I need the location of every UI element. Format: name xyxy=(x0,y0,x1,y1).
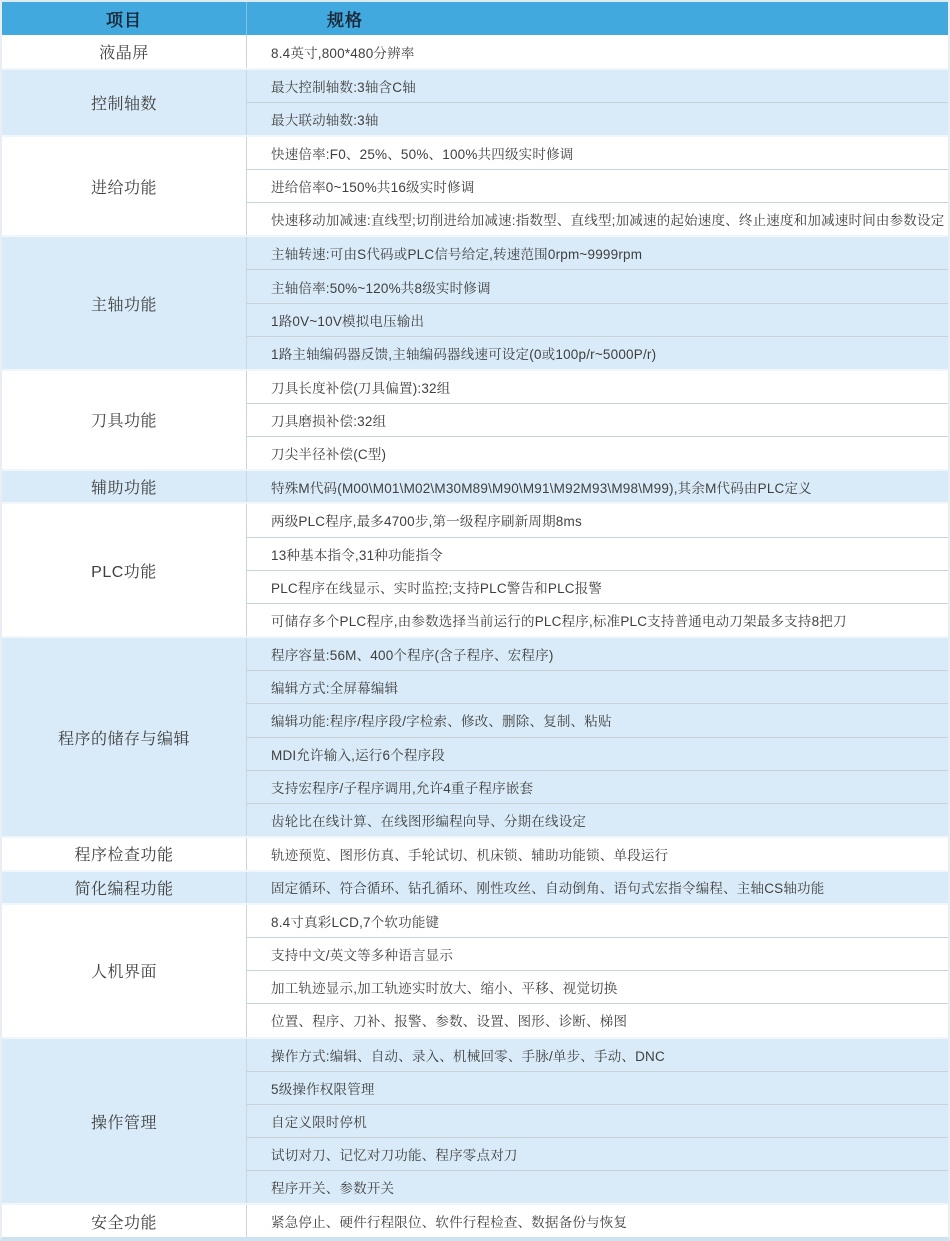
table-row: 简化编程功能固定循环、符合循环、钻孔循环、刚性攻丝、自动倒角、语句式宏指令编程、… xyxy=(2,870,948,903)
spec-cell: 1路0V~10V模拟电压输出 xyxy=(247,303,948,336)
table-row: 辅助功能特殊M代码(M00\M01\M02\M30M89\M90\M91\M92… xyxy=(2,469,948,502)
spec-cell: 最大联动轴数:3轴 xyxy=(247,102,948,135)
spec-cell: 两级PLC程序,最多4700步,第一级程序刷新周期8ms xyxy=(247,504,948,536)
table-row: 刀具功能刀具长度补偿(刀具偏置):32组刀具磨损补偿:32组刀尖半径补偿(C型) xyxy=(2,369,948,469)
spec-cell: 主轴转速:可由S代码或PLC信号给定,转速范围0rpm~9999rpm xyxy=(247,237,948,269)
header-item: 项目 xyxy=(2,2,247,35)
spec-cell: 5级操作权限管理 xyxy=(247,1071,948,1104)
spec-cell: 刀尖半径补偿(C型) xyxy=(247,436,948,469)
table-row: 人机界面8.4寸真彩LCD,7个软功能键支持中文/英文等多种语言显示加工轨迹显示… xyxy=(2,903,948,1037)
spec-cell: 进给倍率0~150%共16级实时修调 xyxy=(247,169,948,202)
spec-cell-group: 紧急停止、硬件行程限位、软件行程检查、数据备份与恢复 xyxy=(247,1205,948,1236)
spec-cell-group: 两级PLC程序,最多4700步,第一级程序刷新周期8ms13种基本指令,31种功… xyxy=(247,504,948,636)
spec-cell: 编辑功能:程序/程序段/字检索、修改、删除、复制、粘贴 xyxy=(247,703,948,736)
item-cell: 主轴功能 xyxy=(2,237,247,369)
spec-cell-group: 操作方式:编辑、自动、录入、机械回零、手脉/单步、手动、DNC5级操作权限管理自… xyxy=(247,1039,948,1204)
spec-cell-group: 刀具长度补偿(刀具偏置):32组刀具磨损补偿:32组刀尖半径补偿(C型) xyxy=(247,371,948,469)
table-row: 安全功能紧急停止、硬件行程限位、软件行程检查、数据备份与恢复 xyxy=(2,1203,948,1236)
spec-cell-group: 主轴转速:可由S代码或PLC信号给定,转速范围0rpm~9999rpm主轴倍率:… xyxy=(247,237,948,369)
spec-cell: 操作方式:编辑、自动、录入、机械回零、手脉/单步、手动、DNC xyxy=(247,1039,948,1071)
spec-cell: MDI允许输入,运行6个程序段 xyxy=(247,737,948,770)
spec-table: 项目 规格 液晶屏8.4英寸,800*480分辨率控制轴数最大控制轴数:3轴含C… xyxy=(0,0,950,1241)
spec-cell: 支持中文/英文等多种语言显示 xyxy=(247,937,948,970)
table-row: 程序检查功能轨迹预览、图形仿真、手轮试切、机床锁、辅助功能锁、单段运行 xyxy=(2,836,948,869)
header-spec: 规格 xyxy=(247,2,948,35)
item-cell: 安全功能 xyxy=(2,1205,247,1236)
spec-cell-group: 轨迹预览、图形仿真、手轮试切、机床锁、辅助功能锁、单段运行 xyxy=(247,838,948,869)
item-cell: 液晶屏 xyxy=(2,35,247,68)
spec-table-body: 液晶屏8.4英寸,800*480分辨率控制轴数最大控制轴数:3轴含C轴最大联动轴… xyxy=(2,35,948,1237)
spec-cell: 快速倍率:F0、25%、50%、100%共四级实时修调 xyxy=(247,137,948,169)
table-row: 操作管理操作方式:编辑、自动、录入、机械回零、手脉/单步、手动、DNC5级操作权… xyxy=(2,1037,948,1204)
spec-cell: 刀具长度补偿(刀具偏置):32组 xyxy=(247,371,948,403)
item-cell: 简化编程功能 xyxy=(2,872,247,903)
spec-cell: 主轴倍率:50%~120%共8级实时修调 xyxy=(247,269,948,302)
item-cell: PLC功能 xyxy=(2,504,247,636)
spec-cell: 紧急停止、硬件行程限位、软件行程检查、数据备份与恢复 xyxy=(247,1205,948,1236)
table-header-row: 项目 规格 xyxy=(2,2,948,35)
spec-cell-group: 最大控制轴数:3轴含C轴最大联动轴数:3轴 xyxy=(247,70,948,135)
spec-cell: 加工轨迹显示,加工轨迹实时放大、缩小、平移、视觉切换 xyxy=(247,970,948,1003)
item-cell: 操作管理 xyxy=(2,1039,247,1204)
spec-cell: 位置、程序、刀补、报警、参数、设置、图形、诊断、梯图 xyxy=(247,1003,948,1036)
spec-cell: 固定循环、符合循环、钻孔循环、刚性攻丝、自动倒角、语句式宏指令编程、主轴CS轴功… xyxy=(247,872,948,903)
table-row: 液晶屏8.4英寸,800*480分辨率 xyxy=(2,35,948,68)
item-cell: 人机界面 xyxy=(2,905,247,1037)
item-cell: 程序的储存与编辑 xyxy=(2,638,247,836)
spec-cell: 试切对刀、记忆对刀功能、程序零点对刀 xyxy=(247,1137,948,1170)
spec-cell: 可储存多个PLC程序,由参数选择当前运行的PLC程序,标准PLC支持普通电动刀架… xyxy=(247,603,948,636)
table-row: 主轴功能主轴转速:可由S代码或PLC信号给定,转速范围0rpm~9999rpm主… xyxy=(2,235,948,369)
spec-cell: 刀具磨损补偿:32组 xyxy=(247,403,948,436)
spec-cell: 自定义限时停机 xyxy=(247,1104,948,1137)
table-row: PLC功能两级PLC程序,最多4700步,第一级程序刷新周期8ms13种基本指令… xyxy=(2,502,948,636)
item-cell: 辅助功能 xyxy=(2,471,247,502)
table-row: 程序的储存与编辑程序容量:56M、400个程序(含子程序、宏程序)编辑方式:全屏… xyxy=(2,636,948,836)
spec-cell-group: 固定循环、符合循环、钻孔循环、刚性攻丝、自动倒角、语句式宏指令编程、主轴CS轴功… xyxy=(247,872,948,903)
spec-cell: 8.4英寸,800*480分辨率 xyxy=(247,35,948,68)
spec-cell-group: 8.4寸真彩LCD,7个软功能键支持中文/英文等多种语言显示加工轨迹显示,加工轨… xyxy=(247,905,948,1037)
spec-cell-group: 特殊M代码(M00\M01\M02\M30M89\M90\M91\M92M93\… xyxy=(247,471,948,502)
spec-cell: 特殊M代码(M00\M01\M02\M30M89\M90\M91\M92M93\… xyxy=(247,471,948,502)
spec-cell: 1路主轴编码器反馈,主轴编码器线速可设定(0或100p/r~5000P/r) xyxy=(247,336,948,369)
item-cell: 控制轴数 xyxy=(2,70,247,135)
spec-cell-group: 程序容量:56M、400个程序(含子程序、宏程序)编辑方式:全屏幕编辑编辑功能:… xyxy=(247,638,948,836)
spec-cell: 轨迹预览、图形仿真、手轮试切、机床锁、辅助功能锁、单段运行 xyxy=(247,838,948,869)
spec-cell: 程序开关、参数开关 xyxy=(247,1170,948,1203)
item-cell: 程序检查功能 xyxy=(2,838,247,869)
spec-cell-group: 快速倍率:F0、25%、50%、100%共四级实时修调进给倍率0~150%共16… xyxy=(247,137,948,235)
spec-cell: PLC程序在线显示、实时监控;支持PLC警告和PLC报警 xyxy=(247,570,948,603)
table-row: 进给功能快速倍率:F0、25%、50%、100%共四级实时修调进给倍率0~150… xyxy=(2,135,948,235)
spec-cell-group: 8.4英寸,800*480分辨率 xyxy=(247,35,948,68)
spec-cell: 支持宏程序/子程序调用,允许4重子程序嵌套 xyxy=(247,770,948,803)
spec-cell: 齿轮比在线计算、在线图形编程向导、分期在线设定 xyxy=(247,803,948,836)
item-cell: 进给功能 xyxy=(2,137,247,235)
spec-cell: 快速移动加减速:直线型;切削进给加减速:指数型、直线型;加减速的起始速度、终止速… xyxy=(247,202,948,235)
spec-cell: 编辑方式:全屏幕编辑 xyxy=(247,670,948,703)
spec-cell: 最大控制轴数:3轴含C轴 xyxy=(247,70,948,102)
item-cell: 刀具功能 xyxy=(2,371,247,469)
table-row: 控制轴数最大控制轴数:3轴含C轴最大联动轴数:3轴 xyxy=(2,68,948,135)
spec-cell: 程序容量:56M、400个程序(含子程序、宏程序) xyxy=(247,638,948,670)
spec-cell: 13种基本指令,31种功能指令 xyxy=(247,537,948,570)
spec-cell: 8.4寸真彩LCD,7个软功能键 xyxy=(247,905,948,937)
